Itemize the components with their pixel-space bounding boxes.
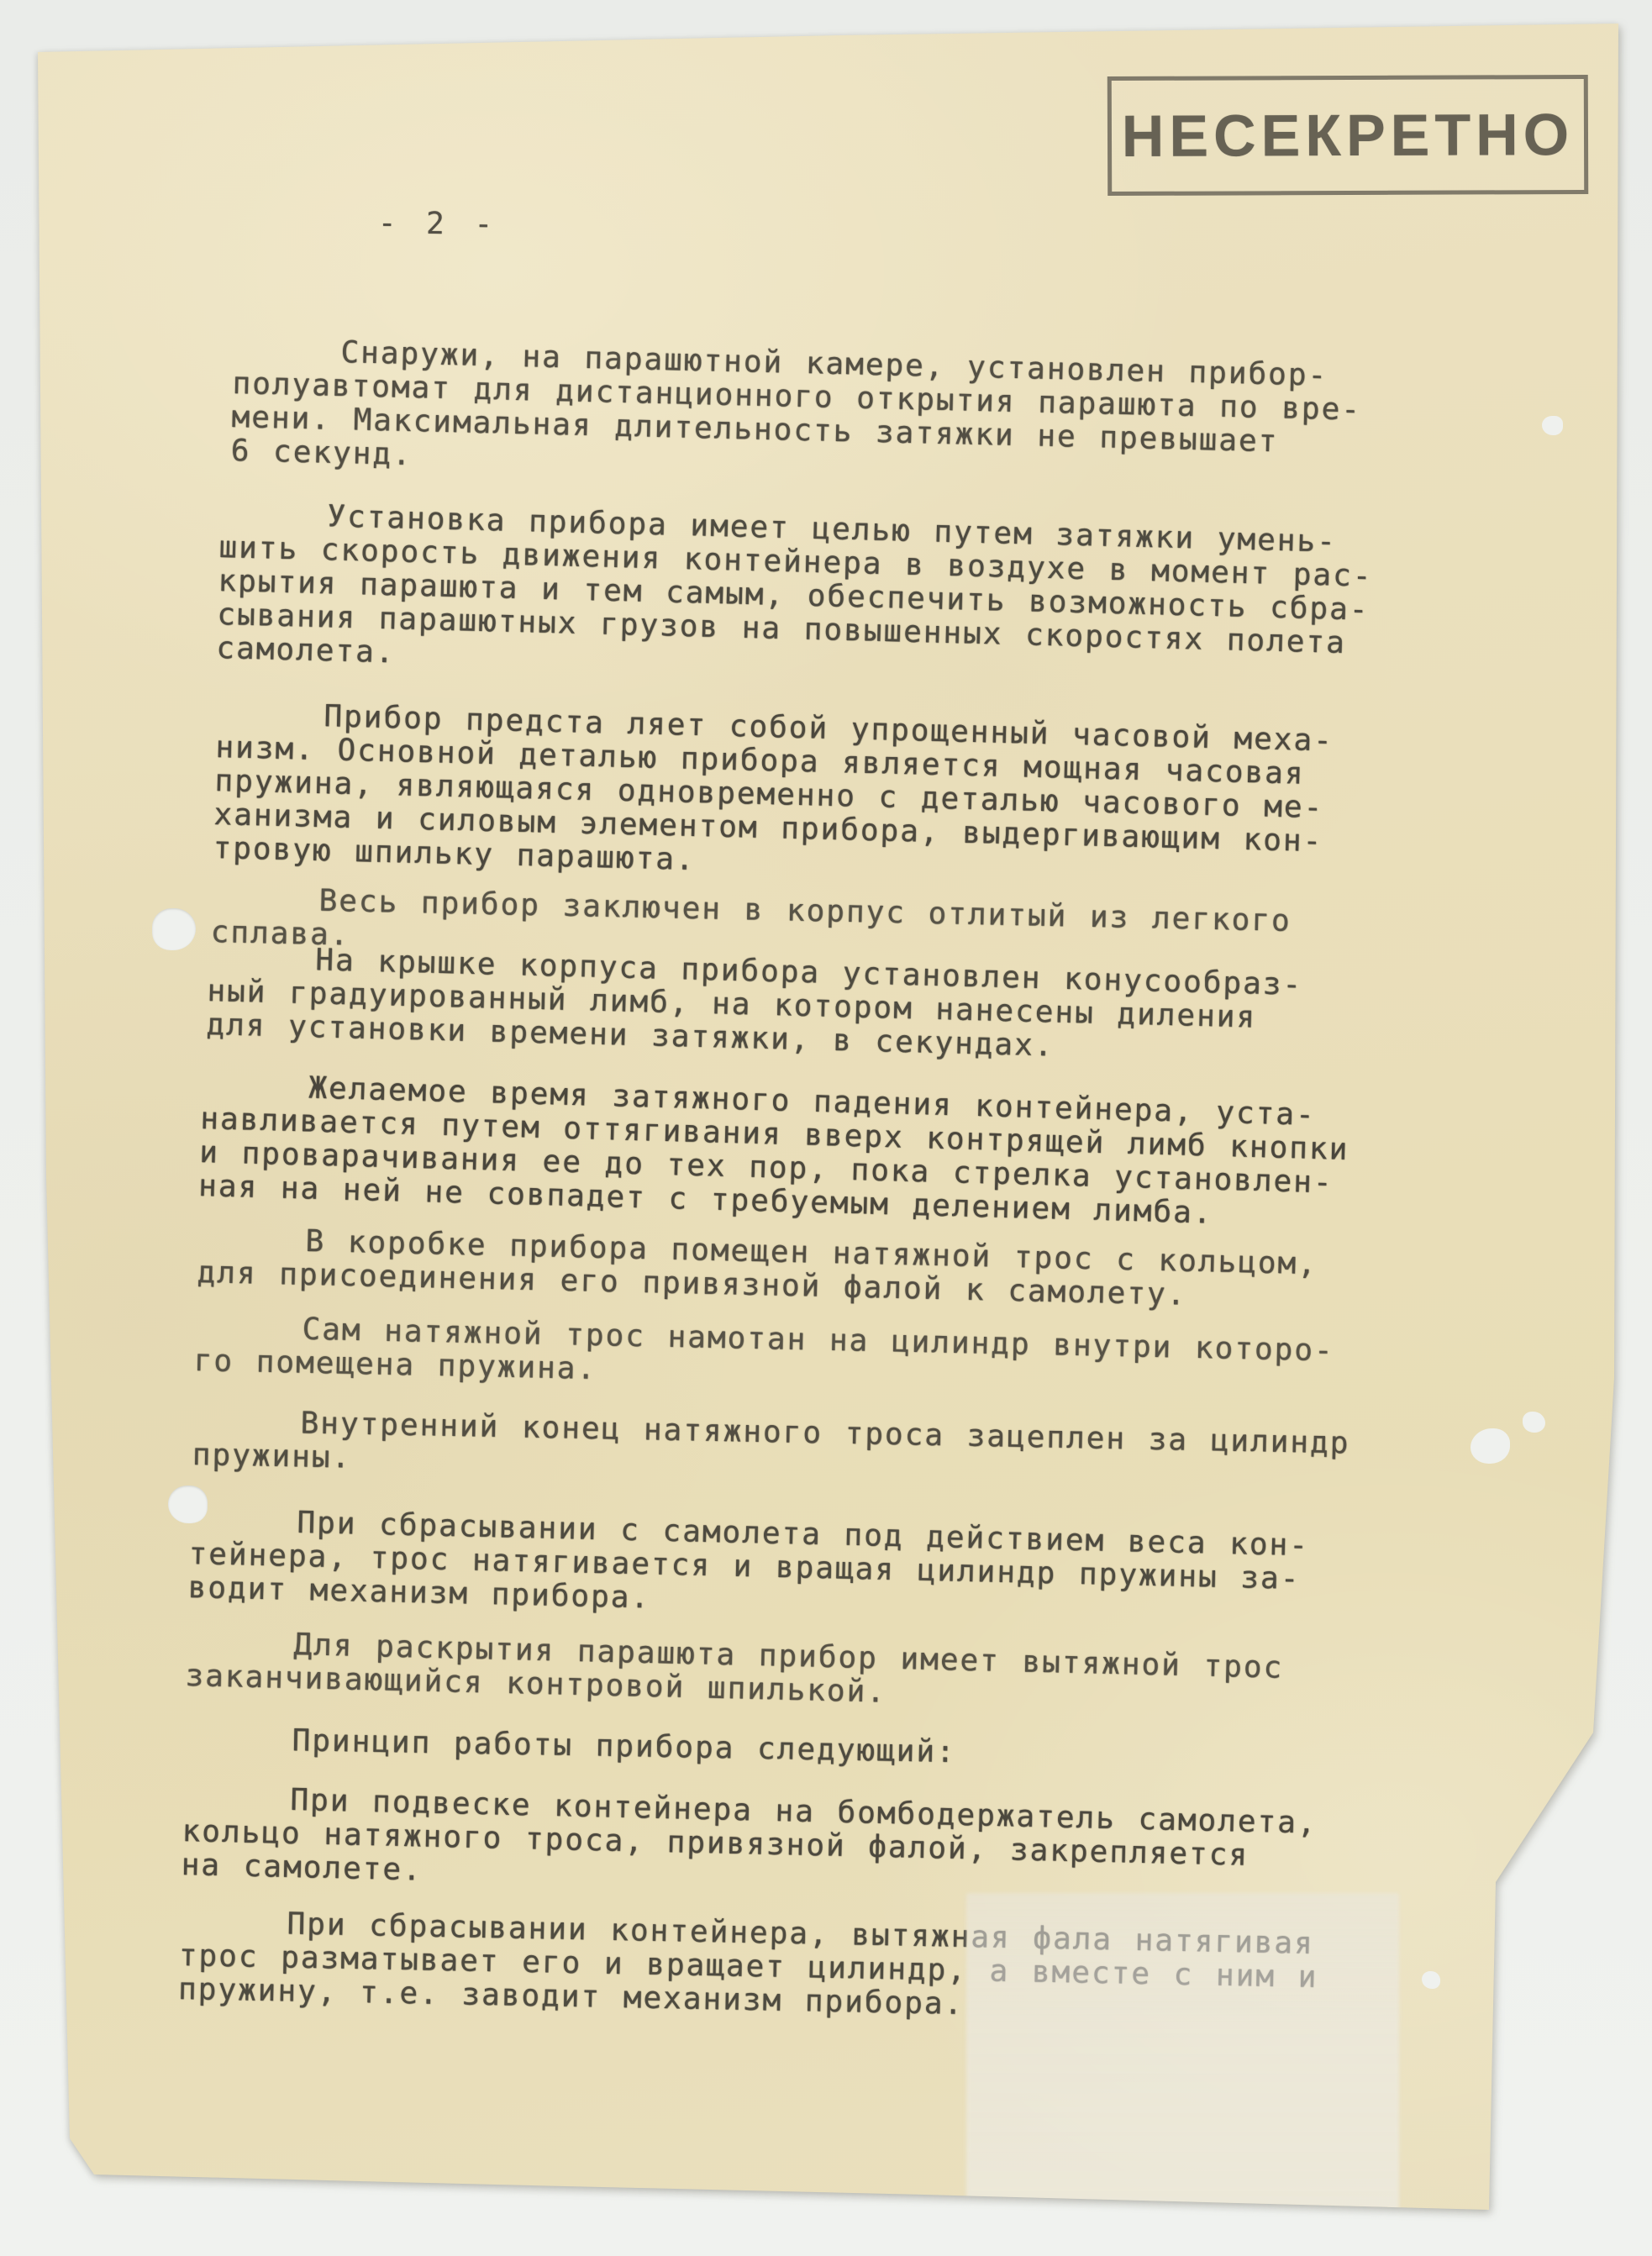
paragraph: Сам натяжной трос намотан на цилиндр вну… [193,1311,1438,1404]
torn-spot [1422,1971,1440,1989]
document-page: НЕСЕКРЕТНО - 2 - Снаружи, на парашютной … [0,0,1652,2256]
paragraph: Принцип работы прибора следующий: [184,1722,1428,1778]
paragraph: Внутренний конец натяжного троса зацепле… [192,1405,1436,1496]
document-text: Снаружи, на парашютной камере, установле… [0,0,1652,2256]
paragraph: Снаружи, на парашютной камере, установле… [230,334,1476,497]
paragraph: Для раскрытия парашюта прибор имеет вытя… [185,1626,1429,1722]
paragraph: Желаемое время затяжного падения контейн… [198,1069,1445,1237]
paragraph: При подвеске контейнера на бомбодержател… [181,1781,1426,1911]
torn-spot [1470,1428,1510,1464]
scanned-document: НЕСЕКРЕТНО - 2 - Снаружи, на парашютной … [0,0,1652,2256]
paragraph: Прибор предста ляет собой упрощенный час… [213,697,1460,896]
torn-spot [1542,416,1563,435]
paper-shadow: НЕСЕКРЕТНО - 2 - Снаружи, на парашютной … [0,0,1652,2256]
paragraph: В коробке прибора помещен натяжной трос … [197,1223,1441,1318]
paragraph: Установка прибора имеет целью путем затя… [216,497,1464,697]
tape-patch [966,1893,1399,2221]
paragraph: При сбрасывании с самолета под действием… [187,1504,1433,1633]
punch-hole [168,1486,208,1523]
torn-spot [1523,1412,1545,1433]
